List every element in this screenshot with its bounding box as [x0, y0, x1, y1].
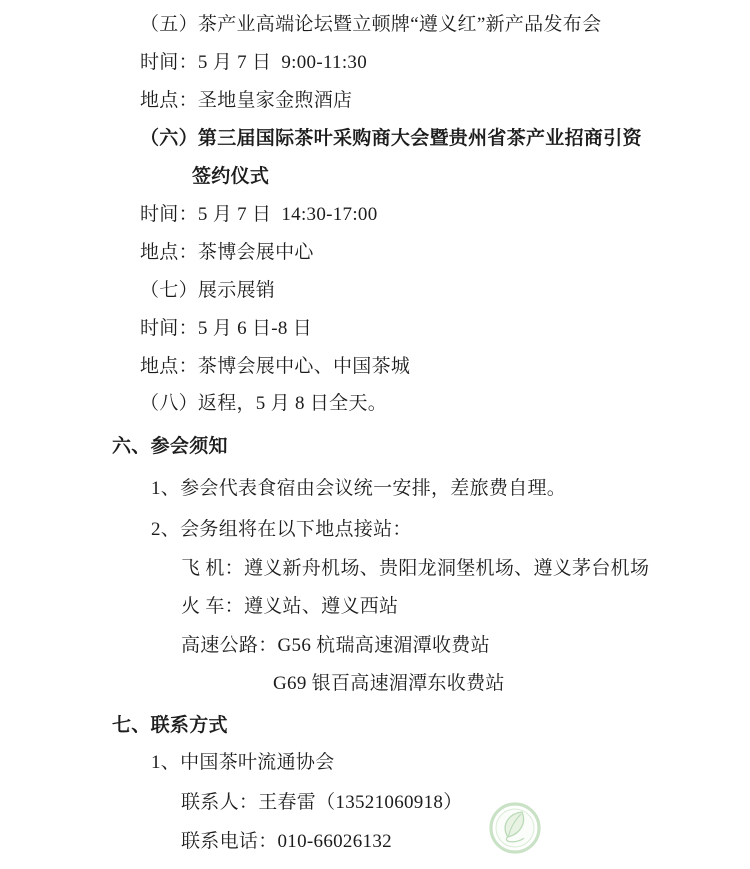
section-contact-heading: 七、联系方式	[112, 714, 228, 738]
agenda-item-6-title: （六）第三届国际茶叶采购商大会暨贵州省茶产业招商引资	[140, 127, 642, 151]
agenda-item-5-location: 地点：圣地皇家金煦酒店	[140, 89, 352, 113]
agenda-item-7-title: （七）展示展销	[140, 279, 275, 303]
pickup-airport: 飞 机：遵义新舟机场、贵阳龙洞堡机场、遵义茅台机场	[181, 557, 649, 581]
section-notice-heading: 六、参会须知	[112, 435, 228, 459]
agenda-item-6-time: 时间：5 月 7 日 14:30-17:00	[140, 203, 378, 227]
pickup-highway-g56: 高速公路：G56 杭瑞高速湄潭收费站	[181, 634, 490, 658]
contact-person: 联系人：王春雷（13521060918）	[181, 791, 463, 815]
document-page: （五）茶产业高端论坛暨立顿牌“遵义红”新产品发布会 时间：5 月 7 日 9:0…	[0, 0, 750, 869]
agenda-item-7-location: 地点：茶博会展中心、中国茶城	[140, 355, 410, 379]
pickup-highway-g69: G69 银百高速湄潭东收费站	[273, 672, 505, 696]
contact-phone: 联系电话：010-66026132	[181, 830, 392, 854]
contact-org: 1、中国茶叶流通协会	[151, 751, 335, 775]
agenda-item-6-location: 地点：茶博会展中心	[140, 241, 314, 265]
agenda-item-8-title: （八）返程，5 月 8 日全天。	[140, 392, 387, 416]
notice-item-1: 1、参会代表食宿由会议统一安排，差旅费自理。	[151, 477, 566, 501]
agenda-item-5-title: （五）茶产业高端论坛暨立顿牌“遵义红”新产品发布会	[140, 13, 601, 37]
leaf-seal-watermark-icon	[488, 801, 542, 855]
agenda-item-7-time: 时间：5 月 6 日-8 日	[140, 317, 312, 341]
pickup-train: 火 车：遵义站、遵义西站	[181, 595, 398, 619]
agenda-item-6-title-continuation: 签约仪式	[192, 165, 269, 189]
notice-item-2: 2、会务组将在以下地点接站：	[151, 518, 412, 542]
agenda-item-5-time: 时间：5 月 7 日 9:00-11:30	[140, 51, 367, 75]
